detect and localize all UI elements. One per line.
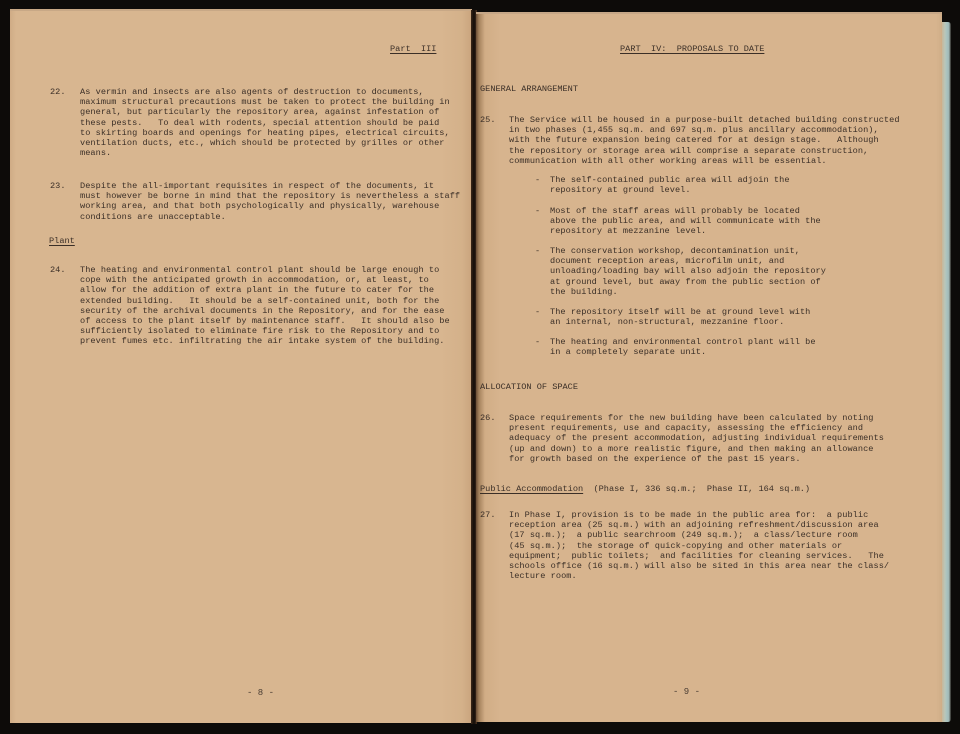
paragraph-26: Space requirements for the new building … — [509, 413, 884, 464]
right-page: PART IV: PROPOSALS TO DATE GENERAL ARRAN… — [476, 12, 942, 722]
bullet-dash: - — [535, 337, 540, 347]
bullet-item: The heating and environmental control pl… — [550, 337, 816, 357]
page-stack-edge — [942, 22, 951, 722]
paragraph-23: Despite the all-important requisites in … — [80, 181, 460, 222]
bullet-item: The self-contained public area will adjo… — [550, 175, 790, 195]
public-accommodation-line: Public Accommodation (Phase I, 336 sq.m.… — [480, 484, 810, 494]
section-heading-general-arrangement: GENERAL ARRANGEMENT — [480, 84, 578, 94]
paragraph-number: 22. — [50, 87, 65, 97]
bullet-item: Most of the staff areas will probably be… — [550, 206, 821, 237]
section-heading-allocation-of-space: ALLOCATION OF SPACE — [480, 382, 578, 392]
paragraph-number: 26. — [480, 413, 495, 423]
paragraph-number: 24. — [50, 265, 65, 275]
page-number: - 8 - — [247, 688, 274, 698]
bullet-dash: - — [535, 175, 540, 185]
bullet-dash: - — [535, 206, 540, 216]
section-heading-plant: Plant — [49, 236, 75, 246]
paragraph-number: 27. — [480, 510, 495, 520]
bullet-dash: - — [535, 307, 540, 317]
paragraph-number: 23. — [50, 181, 65, 191]
part-header: Part III — [390, 44, 436, 54]
subheading-public-accommodation: Public Accommodation — [480, 484, 583, 494]
paragraph-25: The Service will be housed in a purpose-… — [509, 115, 900, 166]
paragraph-number: 25. — [480, 115, 495, 125]
paragraph-22: As vermin and insects are also agents of… — [80, 87, 450, 158]
paragraph-27: In Phase I, provision is to be made in t… — [509, 510, 889, 581]
part-header: PART IV: PROPOSALS TO DATE — [620, 44, 764, 54]
paragraph-24: The heating and environmental control pl… — [80, 265, 450, 347]
left-page: Part III 22. As vermin and insects are a… — [10, 9, 472, 723]
page-number: - 9 - — [673, 687, 700, 697]
bullet-dash: - — [535, 246, 540, 256]
bullet-item: The conservation workshop, decontaminati… — [550, 246, 826, 297]
bullet-item: The repository itself will be at ground … — [550, 307, 810, 327]
public-accommodation-detail: (Phase I, 336 sq.m.; Phase II, 164 sq.m.… — [583, 484, 810, 494]
